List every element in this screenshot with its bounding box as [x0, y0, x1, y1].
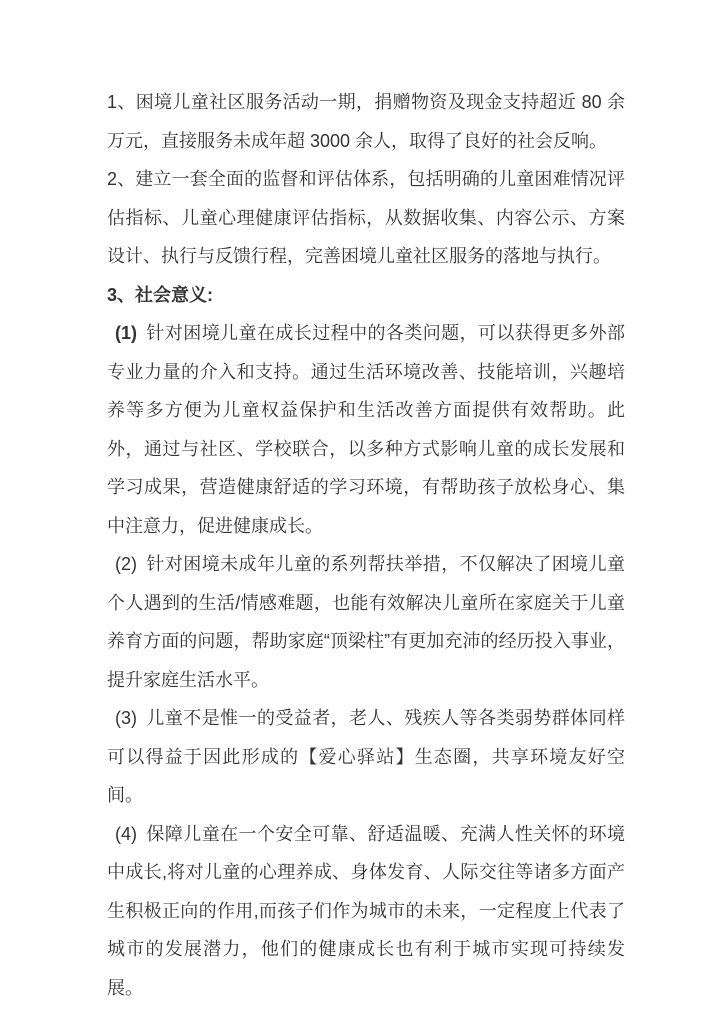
document-page: 1、困境儿童社区服务活动一期，捐赠物资及现金支持超近 80 余万元，直接服务未成…	[0, 0, 724, 1024]
list-marker-2: (2)	[115, 554, 137, 574]
list-marker-4: (4)	[115, 824, 137, 844]
body-paragraph-achievement-2: 2、建立一套全面的监督和评估体系，包括明确的儿童困难情况评估指标、儿童心理健康评…	[107, 160, 625, 276]
body-paragraph-achievement-1: 1、困境儿童社区服务活动一期，捐赠物资及现金支持超近 80 余万元，直接服务未成…	[107, 83, 625, 160]
list-paragraph-2: (2)针对困境未成年儿童的系列帮扶举措，不仅解决了困境儿童个人遇到的生活/情感难…	[107, 545, 625, 699]
list-paragraph-1-text: 针对困境儿童在成长过程中的各类问题，可以获得更多外部专业力量的介入和支持。通过生…	[107, 323, 625, 536]
list-marker-3: (3)	[115, 708, 137, 728]
list-marker-1: (1)	[115, 323, 137, 343]
section-heading-social-significance: 3、社会意义:	[107, 276, 625, 315]
list-paragraph-4: (4)保障儿童在一个安全可靠、舒适温暖、充满人性关怀的环境中成长,将对儿童的心理…	[107, 815, 625, 1008]
list-paragraph-3: (3)儿童不是惟一的受益者，老人、残疾人等各类弱势群体同样可以得益于因此形成的【…	[107, 699, 625, 815]
list-paragraph-4-text: 保障儿童在一个安全可靠、舒适温暖、充满人性关怀的环境中成长,将对儿童的心理养成、…	[107, 824, 625, 998]
list-paragraph-1: (1)针对困境儿童在成长过程中的各类问题，可以获得更多外部专业力量的介入和支持。…	[107, 314, 625, 545]
list-paragraph-3-text: 儿童不是惟一的受益者，老人、残疾人等各类弱势群体同样可以得益于因此形成的【爱心驿…	[107, 708, 625, 805]
list-paragraph-2-text: 针对困境未成年儿童的系列帮扶举措，不仅解决了困境儿童个人遇到的生活/情感难题，也…	[107, 554, 625, 690]
